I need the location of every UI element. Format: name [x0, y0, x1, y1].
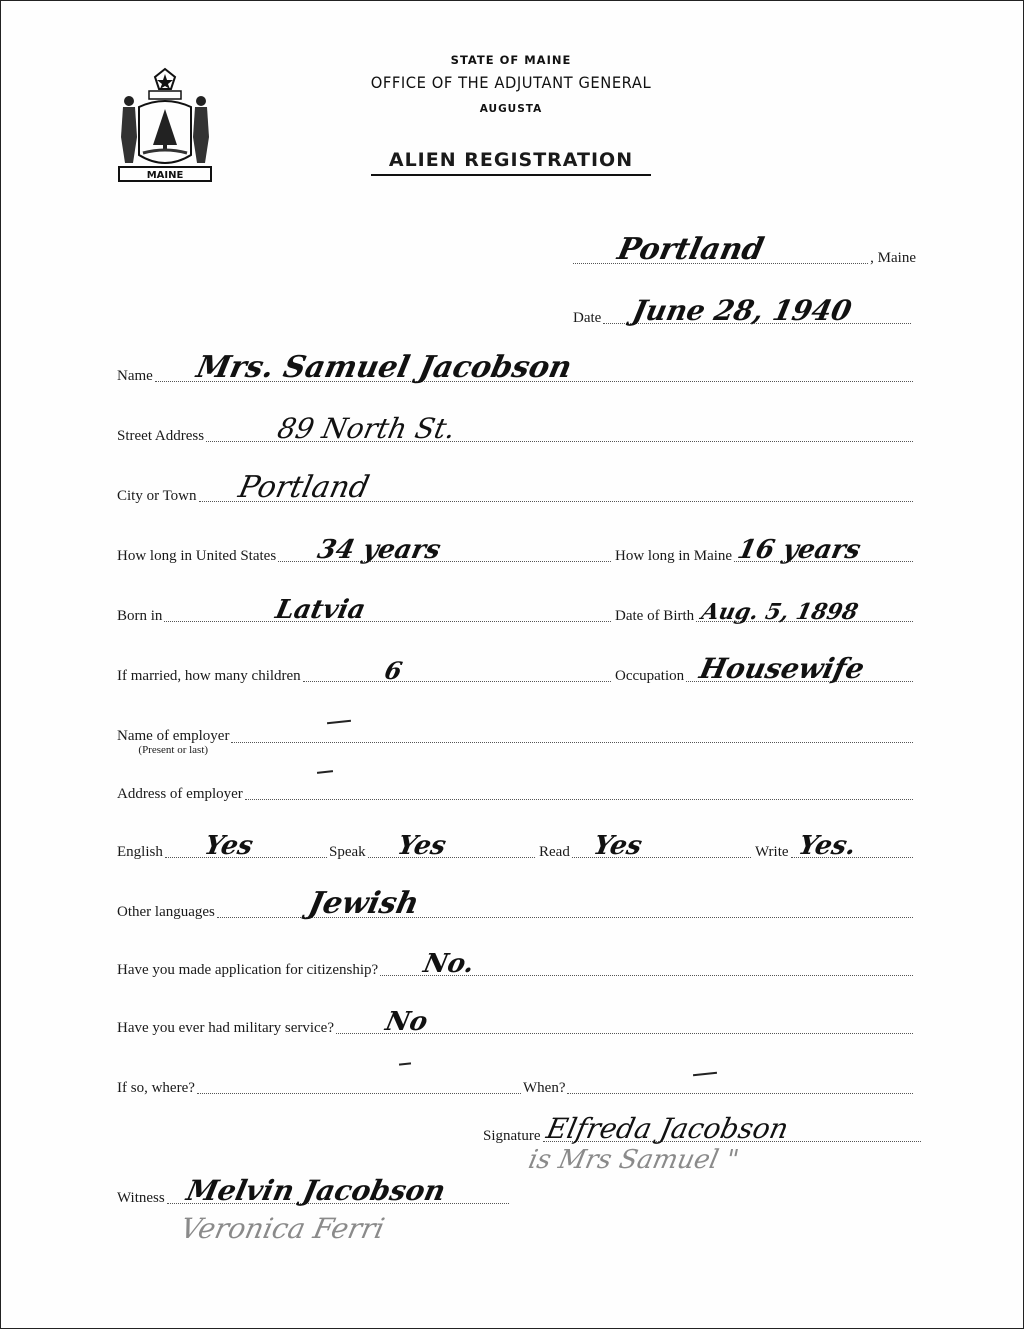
city-field[interactable]: City or Town Portland	[117, 489, 915, 504]
english-field[interactable]: English Yes	[117, 845, 329, 860]
witness-value: Melvin Jacobson	[184, 1177, 448, 1205]
children-field[interactable]: If married, how many children 6	[117, 669, 613, 684]
page-title: ALIEN REGISTRATION	[371, 149, 651, 176]
citizenship-label: Have you made application for citizenshi…	[117, 963, 378, 978]
read-field[interactable]: Read Yes	[539, 845, 753, 860]
svg-text:MAINE: MAINE	[147, 170, 184, 181]
born-in-value: Latvia	[274, 597, 368, 623]
second-witness-value: Veronica Ferri	[178, 1215, 387, 1243]
signature-field[interactable]: Signature Elfreda Jacobson	[483, 1129, 923, 1144]
employer-name-sublabel: (Present or last)	[117, 745, 229, 756]
read-value: Yes	[591, 833, 644, 859]
when-label: When?	[523, 1081, 565, 1096]
header-office: OFFICE OF THE ADJUTANT GENERAL	[355, 73, 668, 92]
place-suffix: , Maine	[870, 251, 916, 266]
speak-field[interactable]: Speak Yes	[329, 845, 537, 860]
write-label: Write	[755, 845, 789, 860]
occupation-label: Occupation	[615, 669, 684, 684]
date-of-birth-label: Date of Birth	[615, 609, 694, 624]
employer-name-label: Name of employer(Present or last)	[117, 729, 229, 756]
city-value: Portland	[235, 473, 371, 503]
how-long-us-label: How long in United States	[117, 549, 276, 564]
place-value: Portland	[615, 235, 766, 265]
english-value: Yes	[202, 833, 255, 859]
signature-value: Elfreda Jacobson	[544, 1115, 791, 1143]
place-field[interactable]: Portland , Maine	[571, 251, 916, 266]
street-address-value: 89 North St.	[275, 415, 458, 443]
header-city: AUGUSTA	[341, 103, 681, 115]
other-languages-value: Jewish	[306, 889, 422, 919]
born-in-label: Born in	[117, 609, 162, 624]
how-long-maine-label: How long in Maine	[615, 549, 732, 564]
english-label: English	[117, 845, 163, 860]
date-label: Date	[573, 311, 601, 326]
how-long-us-value: 34 years	[315, 537, 443, 563]
name-value: Mrs. Samuel Jacobson	[194, 353, 574, 383]
name-field[interactable]: Name Mrs. Samuel Jacobson	[117, 369, 915, 384]
children-label: If married, how many children	[117, 669, 301, 684]
occupation-value: Housewife	[697, 655, 867, 683]
where-value-dash	[399, 1062, 411, 1065]
employer-address-value-dash	[317, 770, 333, 774]
read-label: Read	[539, 845, 570, 860]
military-service-value: No	[383, 1009, 430, 1035]
date-value: June 28, 1940	[630, 297, 854, 325]
where-field[interactable]: If so, where?	[117, 1081, 523, 1096]
street-address-label: Street Address	[117, 429, 204, 444]
how-long-us-field[interactable]: How long in United States 34 years	[117, 549, 613, 564]
when-field[interactable]: When?	[523, 1081, 915, 1096]
other-languages-field[interactable]: Other languages Jewish	[117, 905, 915, 920]
how-long-maine-field[interactable]: How long in Maine 16 years	[615, 549, 915, 564]
street-address-field[interactable]: Street Address 89 North St.	[117, 429, 915, 444]
how-long-maine-value: 16 years	[735, 537, 863, 563]
header-state: STATE OF MAINE	[341, 53, 681, 67]
occupation-field[interactable]: Occupation Housewife	[615, 669, 915, 684]
employer-address-label: Address of employer	[117, 787, 243, 802]
where-label: If so, where?	[117, 1081, 195, 1096]
witness-field[interactable]: Witness Melvin Jacobson	[117, 1191, 511, 1206]
military-service-label: Have you ever had military service?	[117, 1021, 334, 1036]
signature-note: is Mrs Samuel "	[526, 1147, 741, 1173]
born-in-field[interactable]: Born in Latvia	[117, 609, 613, 624]
date-of-birth-value: Aug. 5, 1898	[700, 601, 860, 623]
write-value: Yes.	[796, 833, 858, 859]
children-value: 6	[382, 659, 404, 683]
date-field[interactable]: Date June 28, 1940	[573, 311, 913, 326]
speak-value: Yes	[395, 833, 448, 859]
witness-label: Witness	[117, 1191, 165, 1206]
alien-registration-form: MAINE STATE OF MAINE OFFICE OF THE ADJUT…	[0, 0, 1024, 1329]
date-of-birth-field[interactable]: Date of Birth Aug. 5, 1898	[615, 609, 915, 624]
maine-state-seal-icon: MAINE	[113, 67, 217, 187]
write-field[interactable]: Write Yes.	[755, 845, 915, 860]
name-label: Name	[117, 369, 153, 384]
other-languages-label: Other languages	[117, 905, 215, 920]
speak-label: Speak	[329, 845, 366, 860]
employer-address-field[interactable]: Address of employer	[117, 787, 915, 802]
employer-name-value-dash	[327, 720, 351, 724]
employer-name-field[interactable]: Name of employer(Present or last)	[117, 729, 915, 756]
when-value-dash	[693, 1072, 717, 1076]
signature-label: Signature	[483, 1129, 541, 1144]
military-service-field[interactable]: Have you ever had military service? No	[117, 1021, 915, 1036]
citizenship-field[interactable]: Have you made application for citizenshi…	[117, 963, 915, 978]
citizenship-value: No.	[421, 951, 476, 977]
city-label: City or Town	[117, 489, 197, 504]
